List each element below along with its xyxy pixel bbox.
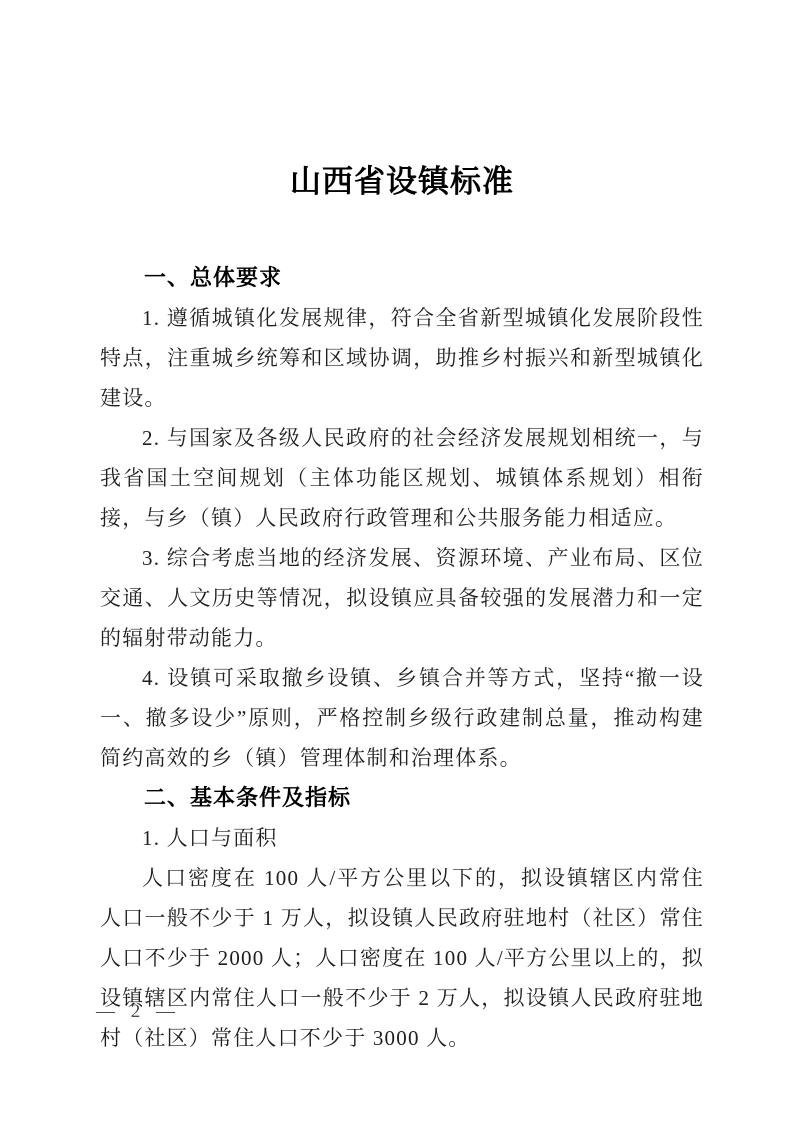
paragraph-consider-local-conditions: 3. 综合考虑当地的经济发展、资源环境、产业布局、区位交通、人文历史等情况，拟设… xyxy=(100,538,704,658)
document-page: 山西省设镇标准 一、总体要求 1. 遵循城镇化发展规律，符合全省新型城镇化发展阶… xyxy=(0,0,800,1122)
paragraph-town-establishment-methods: 4. 设镇可采取撤乡设镇、乡镇合并等方式，坚持“撤一设一、撤多设少”原则，严格控… xyxy=(100,658,704,778)
document-title: 山西省设镇标准 xyxy=(100,0,704,202)
paragraph-align-with-plans: 2. 与国家及各级人民政府的社会经济发展规划相统一，与我省国土空间规划（主体功能… xyxy=(100,418,704,538)
subheading-population-and-area: 1. 人口与面积 xyxy=(100,818,704,858)
paragraph-population-density-thresholds: 人口密度在 100 人/平方公里以下的，拟设镇辖区内常住人口一般不少于 1 万人… xyxy=(100,858,704,1058)
section-general-requirements: 一、总体要求 1. 遵循城镇化发展规律，符合全省新型城镇化发展阶段性特点，注重城… xyxy=(100,258,704,778)
paragraph-follow-urbanization-law: 1. 遵循城镇化发展规律，符合全省新型城镇化发展阶段性特点，注重城乡统筹和区域协… xyxy=(100,298,704,418)
section-heading-general-requirements: 一、总体要求 xyxy=(100,258,704,298)
section-basic-conditions-indicators: 二、基本条件及指标 1. 人口与面积 人口密度在 100 人/平方公里以下的，拟… xyxy=(100,778,704,1058)
section-heading-basic-conditions: 二、基本条件及指标 xyxy=(100,778,704,818)
text-column: 山西省设镇标准 一、总体要求 1. 遵循城镇化发展规律，符合全省新型城镇化发展阶… xyxy=(100,0,704,1058)
page-number: — 2 — xyxy=(96,1000,176,1024)
